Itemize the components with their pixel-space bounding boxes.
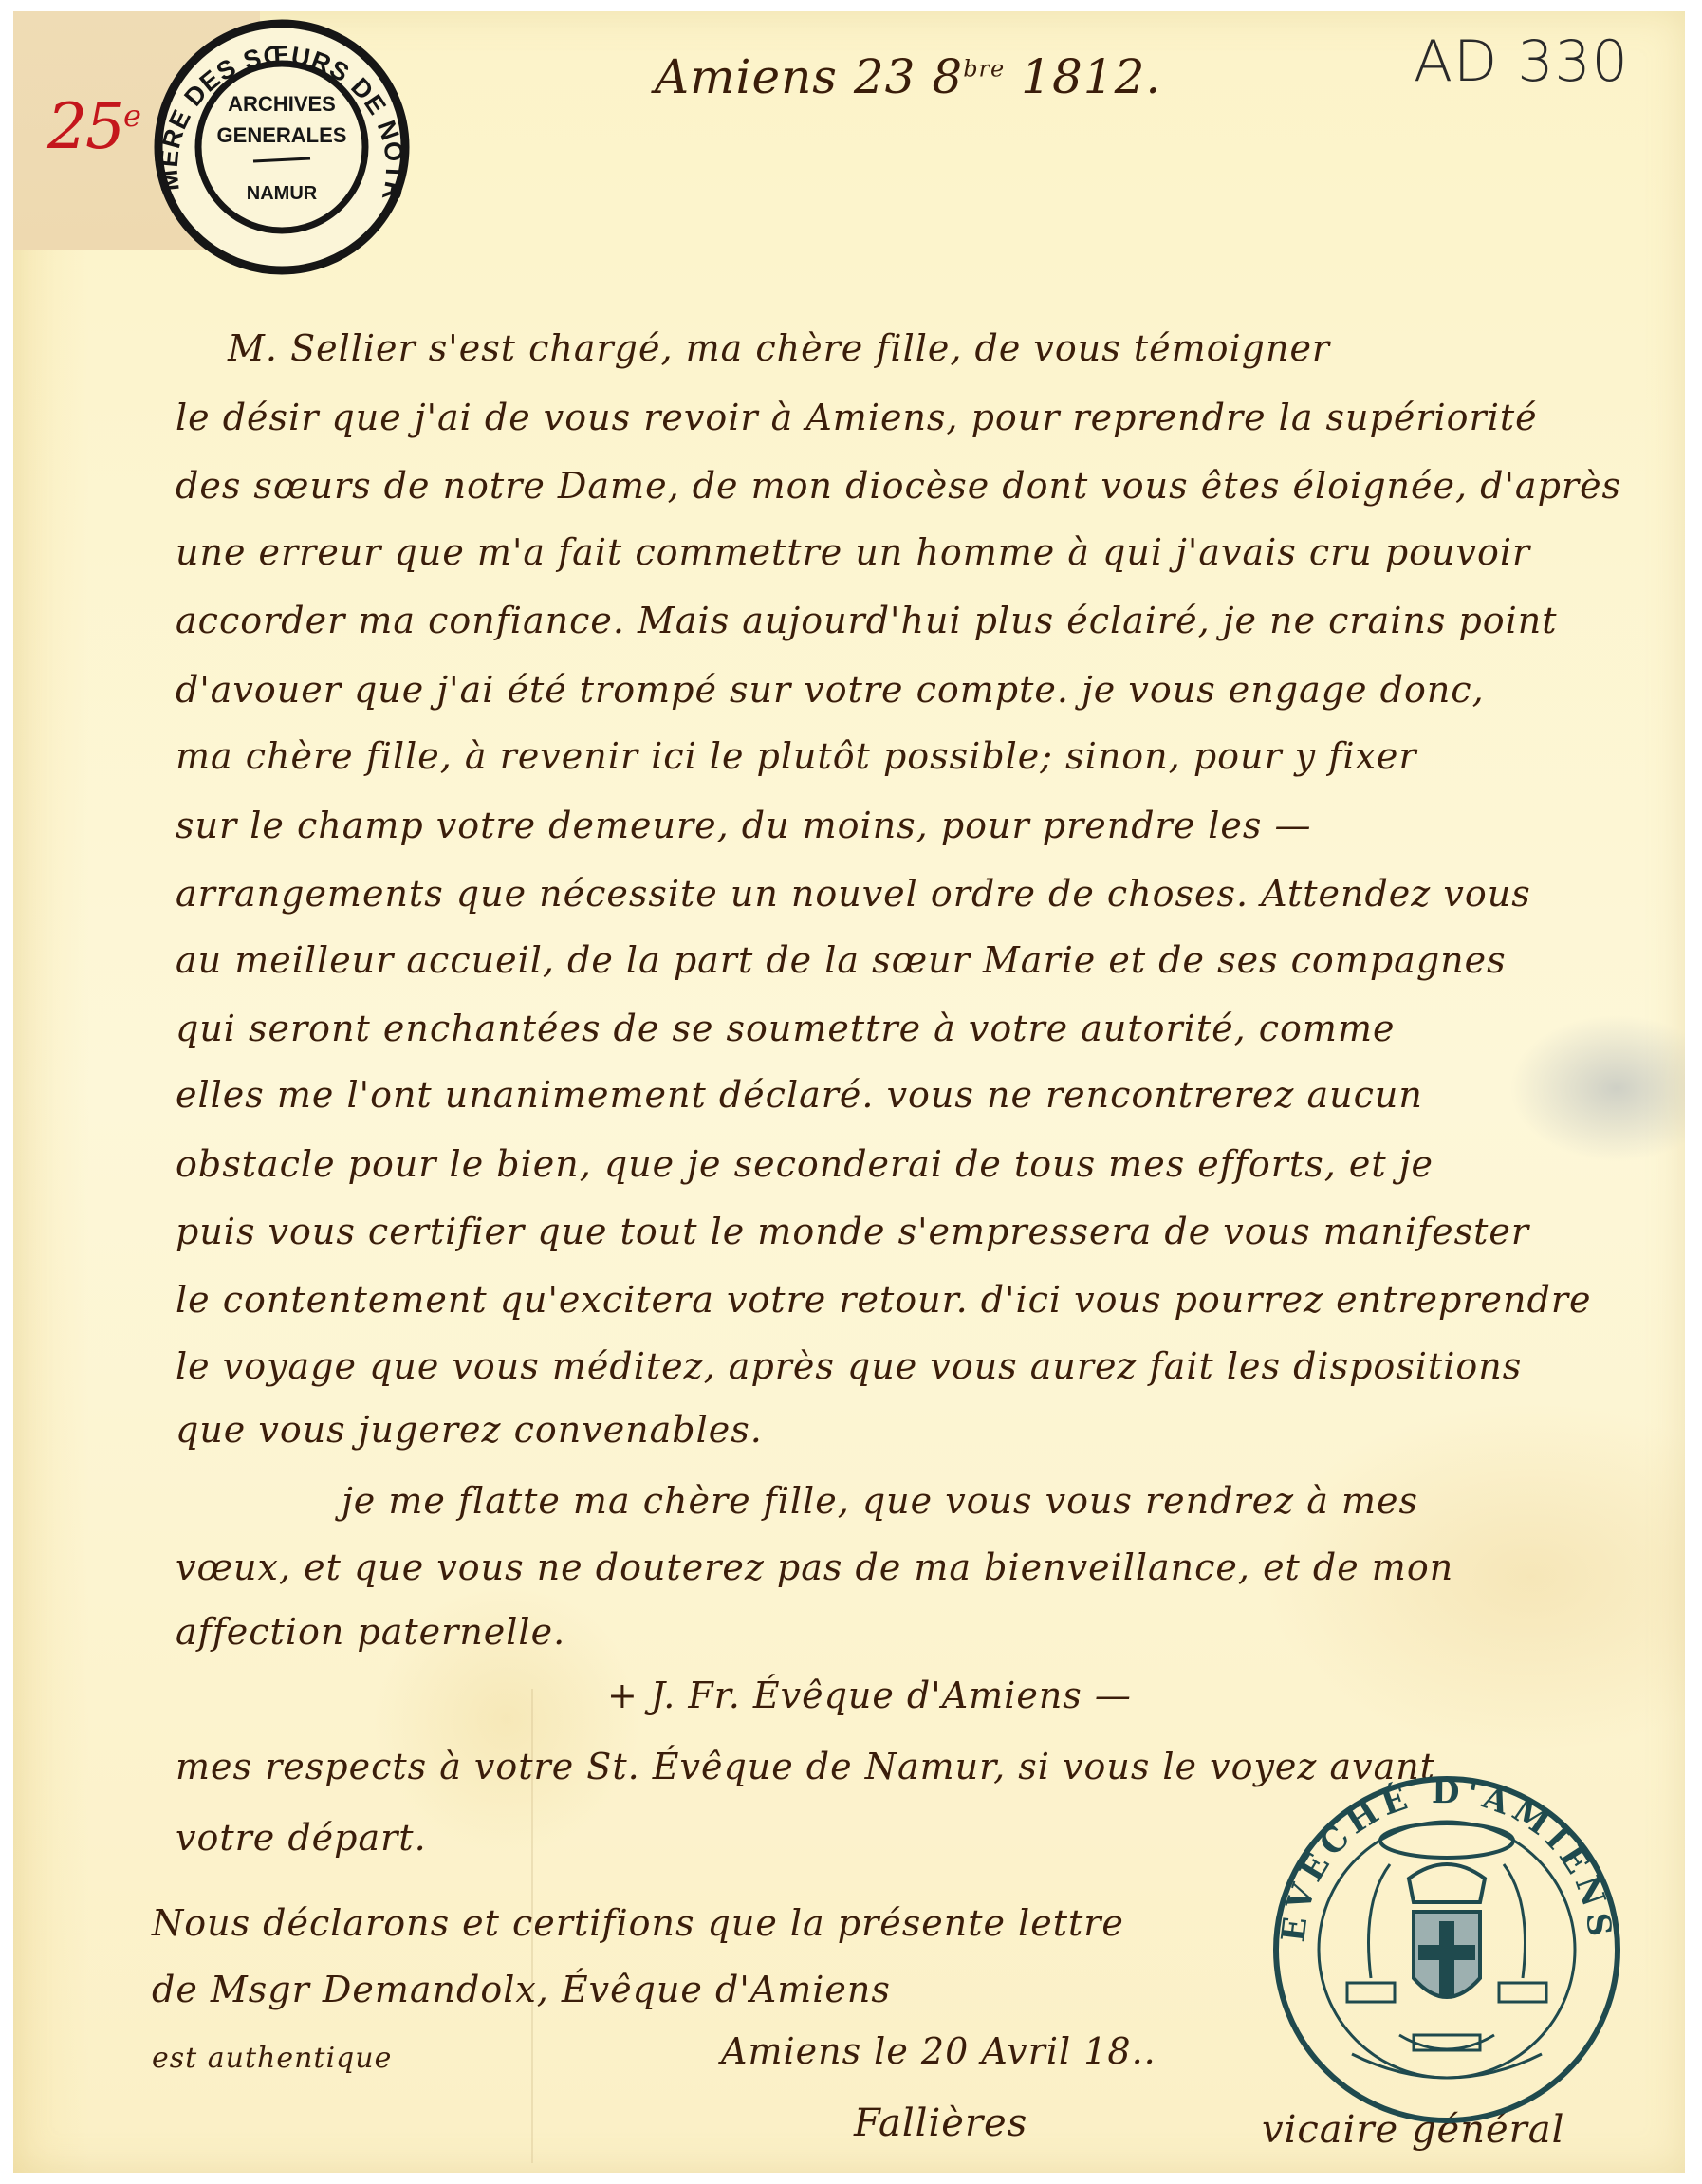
letter-line: M. Sellier s'est chargé, ma chère fille,… <box>228 327 1330 369</box>
letter-line: d'avouer que j'ai été trompé sur votre c… <box>176 669 1485 711</box>
letter-line: sur le champ votre demeure, du moins, po… <box>176 805 1311 846</box>
dateline-year: 1812. <box>1005 49 1161 104</box>
letter-line: elles me l'ont unanimement déclaré. vous… <box>176 1074 1423 1116</box>
letter-line: le voyage que vous méditez, après que vo… <box>176 1345 1522 1387</box>
postscript-line: votre départ. <box>176 1817 427 1859</box>
dateline-month: 8 <box>932 49 963 104</box>
certification-line: de Msgr Demandolx, Évêque d'Amiens <box>152 1969 891 2010</box>
archives-stamp-icon: MAISON MÈRE DES SŒURS DE NOTRE-DAME ARCH… <box>125 9 438 285</box>
stamp-line1: ARCHIVES <box>228 92 336 116</box>
letter-line: ma chère fille, à revenir ici le plutôt … <box>176 735 1417 777</box>
letter-line: le contentement qu'excitera votre retour… <box>176 1279 1591 1321</box>
certification-line: Nous déclarons et certifions que la prés… <box>152 1902 1124 1944</box>
closing-line: affection paternelle. <box>176 1611 565 1653</box>
archives-namur-stamp: MAISON MÈRE DES SŒURS DE NOTRE-DAME ARCH… <box>125 9 438 285</box>
dateline-month-sup: bre <box>963 55 1005 82</box>
authentic-note: est authentique <box>152 2042 392 2075</box>
archive-code: AD 330 <box>1414 28 1629 95</box>
bishop-signature: + J. Fr. Évêque d'Amiens — <box>607 1675 1132 1716</box>
reference-number-value: 25 <box>47 90 123 163</box>
closing-line: je me flatte ma chère fille, que vous vo… <box>342 1480 1418 1522</box>
certifier-signature: Fallières <box>854 2101 1027 2145</box>
letter-line: au meilleur accueil, de la part de la sœ… <box>176 939 1507 981</box>
certification-date: Amiens le 20 Avril 18.. <box>721 2030 1156 2072</box>
postscript-line: mes respects à votre St. Évêque de Namur… <box>176 1746 1435 1787</box>
letter-line: arrangements que nécessite un nouvel ord… <box>176 873 1531 915</box>
letter-line: puis vous certifier que tout le monde s'… <box>176 1211 1529 1252</box>
letter-line: accorder ma confiance. Mais aujourd'hui … <box>176 600 1558 641</box>
letter-line: qui seront enchantées de se soumettre à … <box>176 1008 1395 1049</box>
stamp-line3: NAMUR <box>247 183 318 204</box>
amiens-bishopric-seal: EVECHÉ D'AMIENS <box>1257 1760 1637 2139</box>
stamp-line2: GENERALES <box>217 123 347 147</box>
letter-dateline: Amiens 23 8bre 1812. <box>655 49 1161 104</box>
letter-line: une erreur que m'a fait commettre un hom… <box>176 531 1530 573</box>
dateline-place: Amiens 23 <box>655 49 932 104</box>
letter-line: des sœurs de notre Dame, de mon diocèse … <box>176 465 1621 507</box>
letter-line: que vous jugerez convenables. <box>176 1409 763 1451</box>
letter-line: le désir que j'ai de vous revoir à Amien… <box>176 397 1538 438</box>
letter-line: obstacle pour le bien, que je seconderai… <box>176 1143 1434 1185</box>
episcopal-seal-icon: EVECHÉ D'AMIENS <box>1257 1760 1637 2139</box>
closing-line: vœux, et que vous ne douterez pas de ma … <box>176 1546 1453 1588</box>
